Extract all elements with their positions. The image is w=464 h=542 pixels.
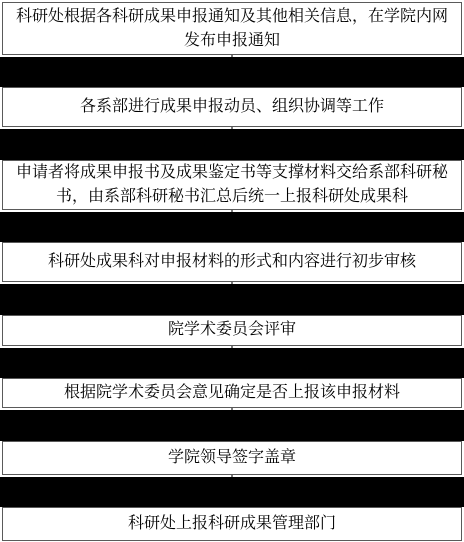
arrow-connector-5 [0, 348, 464, 378]
flowchart: 科研处根据各科研成果申报通知及其他相关信息，在学院内网 发布申报通知 各系部进行… [0, 0, 464, 542]
flow-step-5-label: 院学术委员会评审 [168, 318, 296, 342]
flow-step-2: 各系部进行成果申报动员、组织协调等工作 [2, 87, 462, 127]
flow-step-4-label: 科研处成果科对申报材料的形式和内容进行初步审核 [48, 250, 416, 274]
flow-step-6: 根据院学术委员会意见确定是否上报该申报材料 [2, 378, 462, 408]
flow-step-6-label: 根据院学术委员会意见确定是否上报该申报材料 [64, 381, 400, 405]
arrow-connector-1 [0, 57, 464, 87]
flow-step-2-label: 各系部进行成果申报动员、组织协调等工作 [80, 95, 384, 119]
flow-step-8-label: 科研处上报科研成果管理部门 [128, 512, 336, 536]
flow-step-7-label: 学院领导签字盖章 [168, 446, 296, 470]
flow-step-5: 院学术委员会评审 [2, 315, 462, 346]
arrow-connector-7 [0, 477, 464, 507]
flow-step-8: 科研处上报科研成果管理部门 [2, 507, 462, 541]
flow-step-1-label: 科研处根据各科研成果申报通知及其他相关信息，在学院内网 发布申报通知 [16, 5, 448, 53]
flow-step-7: 学院领导签字盖章 [2, 441, 462, 475]
flow-step-3: 申请者将成果申报书及成果鉴定书等支撑材料交给系部科研秘 书，由系部科研秘书汇总后… [2, 160, 462, 210]
arrow-connector-6 [0, 410, 464, 440]
flow-step-4: 科研处成果科对申报材料的形式和内容进行初步审核 [2, 242, 462, 282]
arrow-connector-2 [0, 129, 464, 159]
arrow-connector-4 [0, 284, 464, 314]
flow-step-3-label: 申请者将成果申报书及成果鉴定书等支撑材料交给系部科研秘 书，由系部科研秘书汇总后… [16, 161, 448, 209]
flow-step-1: 科研处根据各科研成果申报通知及其他相关信息，在学院内网 发布申报通知 [2, 2, 462, 55]
arrow-connector-3 [0, 212, 464, 242]
